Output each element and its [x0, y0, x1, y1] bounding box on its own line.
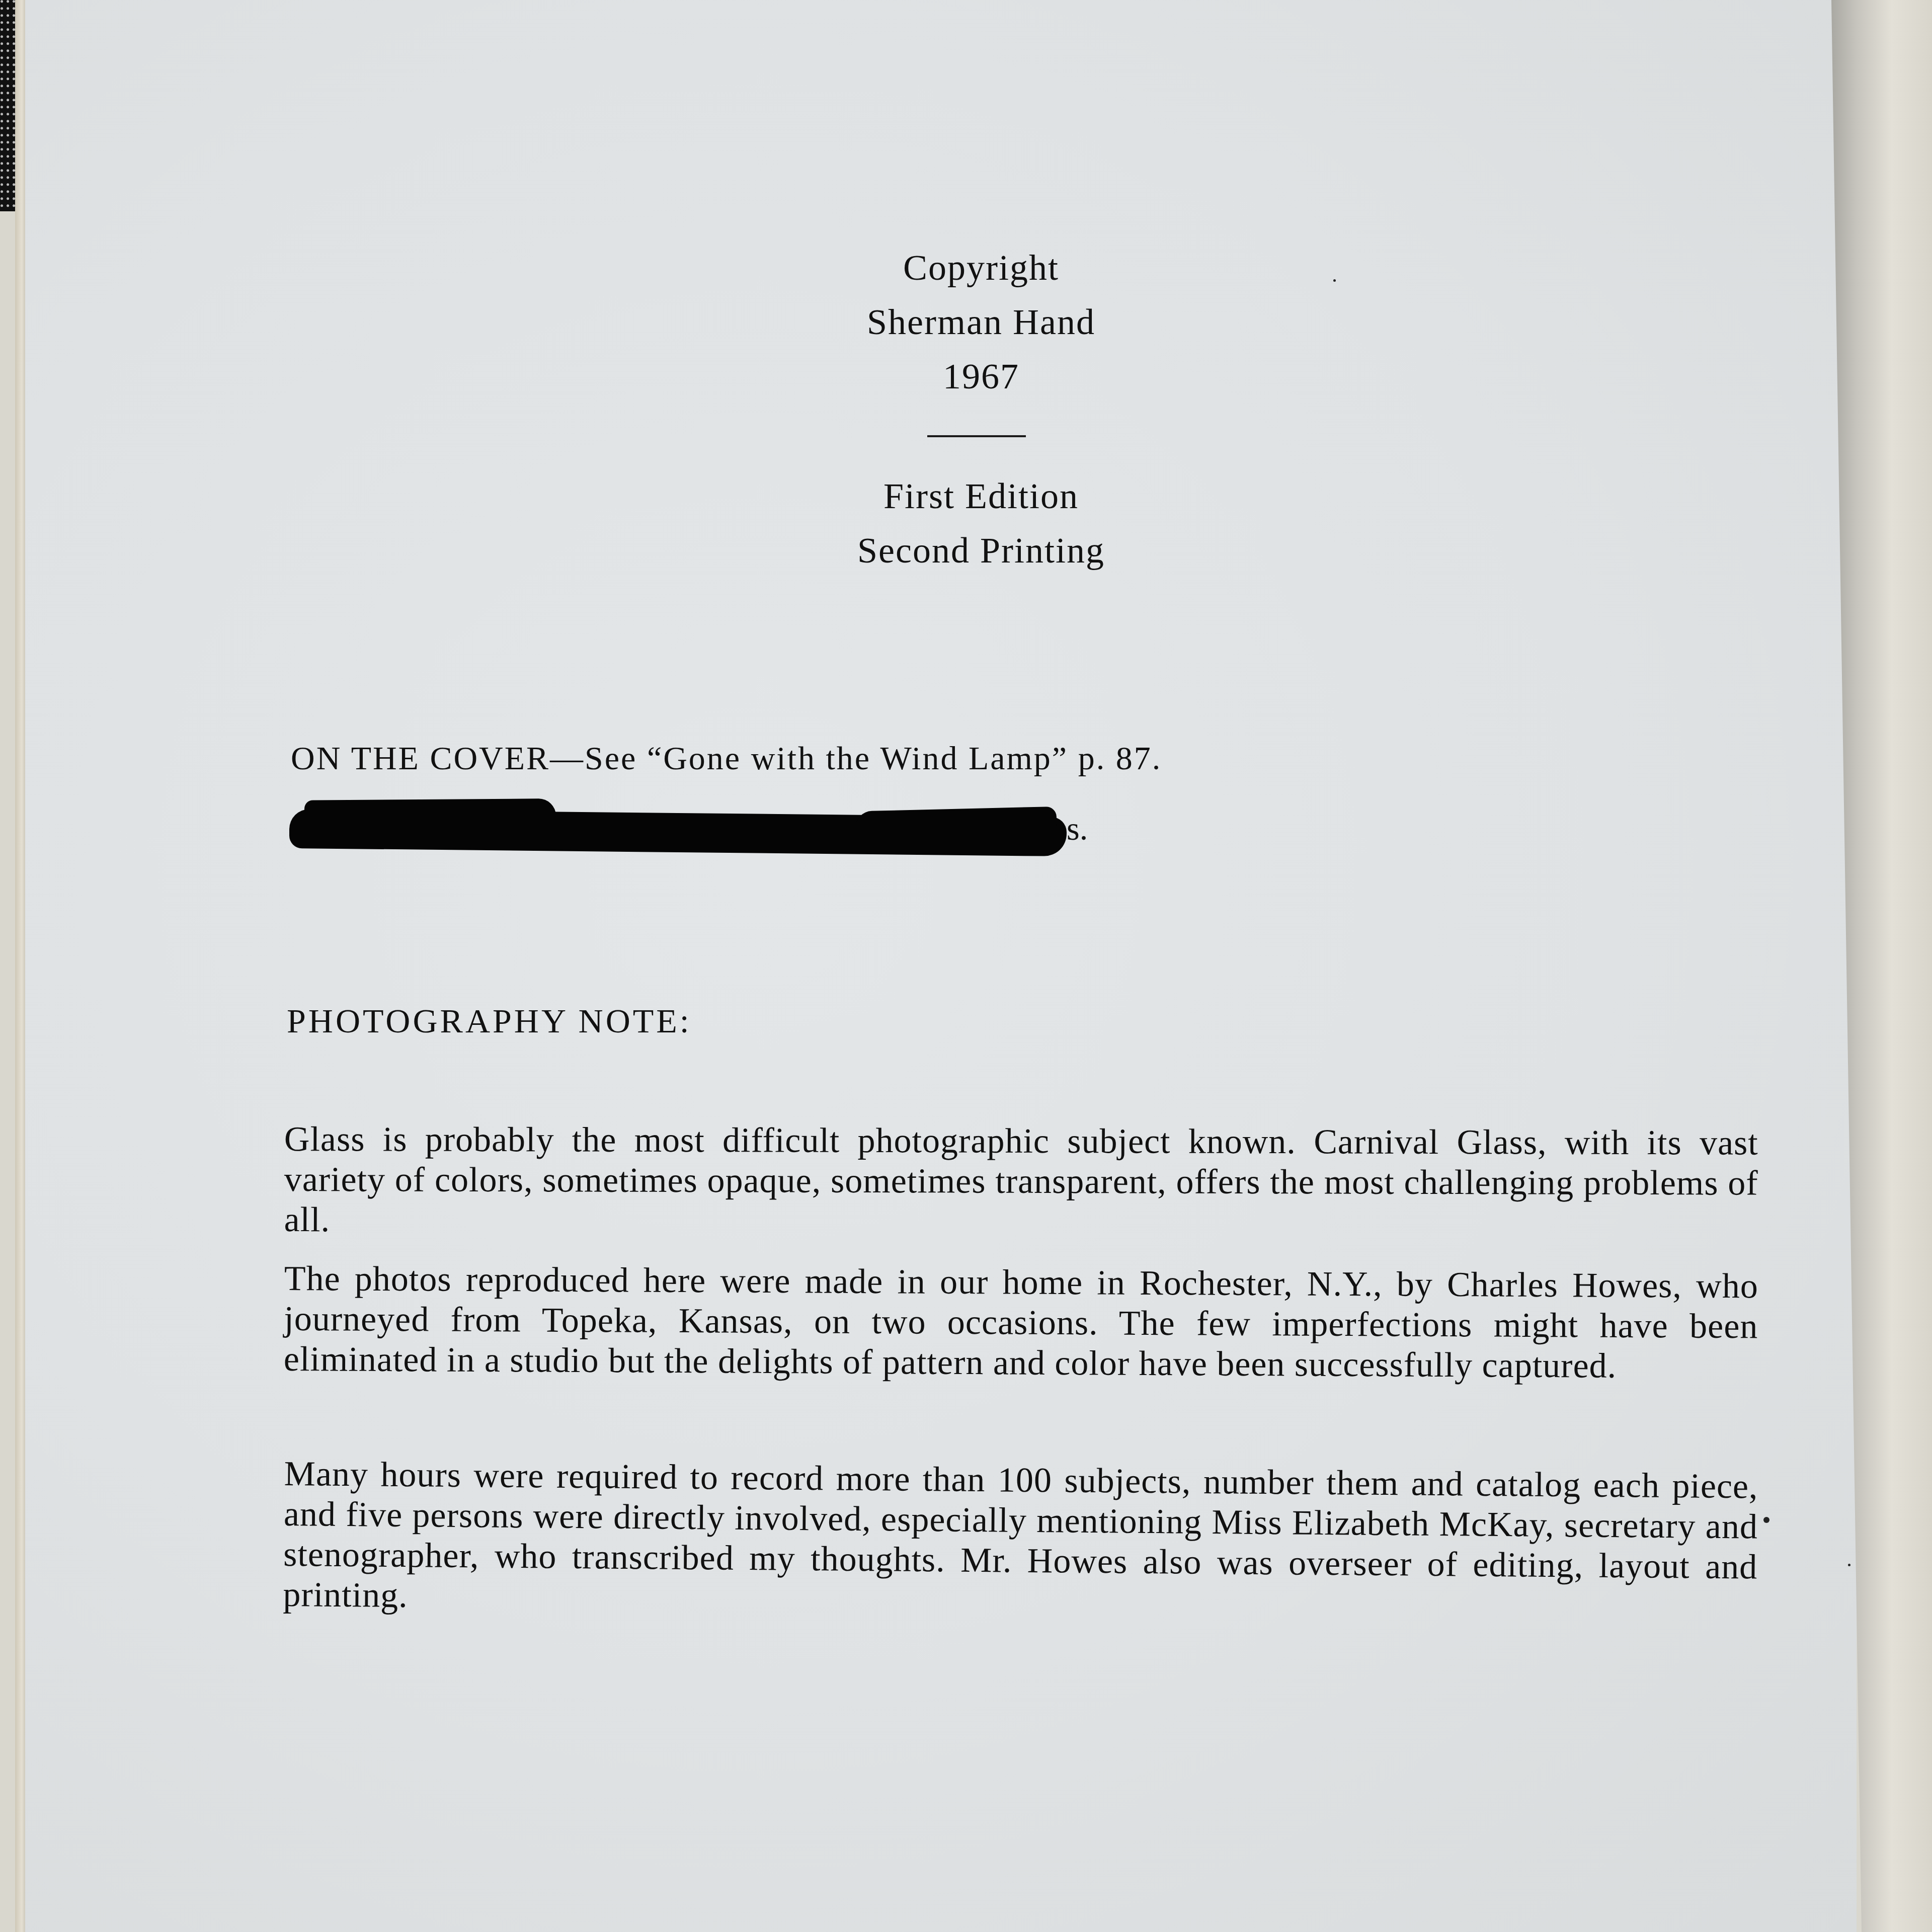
printing-label: Second Printing: [730, 523, 1233, 578]
redacted-line-visible-tail: s.: [1067, 810, 1088, 848]
edition-label: First Edition: [730, 469, 1233, 523]
redacted-line: s.: [289, 810, 1094, 855]
cover-note: ON THE COVER—See “Gone with the Wind Lam…: [291, 740, 1162, 778]
copyright-label: Copyright: [730, 240, 1233, 295]
copyright-block: Copyright Sherman Hand 1967: [730, 240, 1233, 404]
photo-scene: Copyright Sherman Hand 1967 First Editio…: [0, 0, 1932, 1932]
paper-speck: [1333, 279, 1336, 282]
edition-block: First Edition Second Printing: [730, 469, 1233, 578]
section-divider: [927, 435, 1026, 437]
copyright-author: Sherman Hand: [730, 295, 1233, 349]
photography-note-heading: PHOTOGRAPHY NOTE:: [287, 1001, 692, 1041]
redaction-mark: [289, 809, 1067, 856]
copyright-year: 1967: [730, 349, 1233, 404]
photography-note-paragraph: Glass is probably the most difficult pho…: [284, 1119, 1758, 1244]
paper-speck: [1763, 1517, 1769, 1523]
photography-note-paragraph: Many hours were required to record more …: [283, 1454, 1758, 1628]
photography-note-paragraph: The photos reproduced here were made in …: [284, 1259, 1758, 1387]
paper-speck: [1848, 1564, 1850, 1566]
page-content: Copyright Sherman Hand 1967 First Editio…: [0, 0, 1932, 1932]
